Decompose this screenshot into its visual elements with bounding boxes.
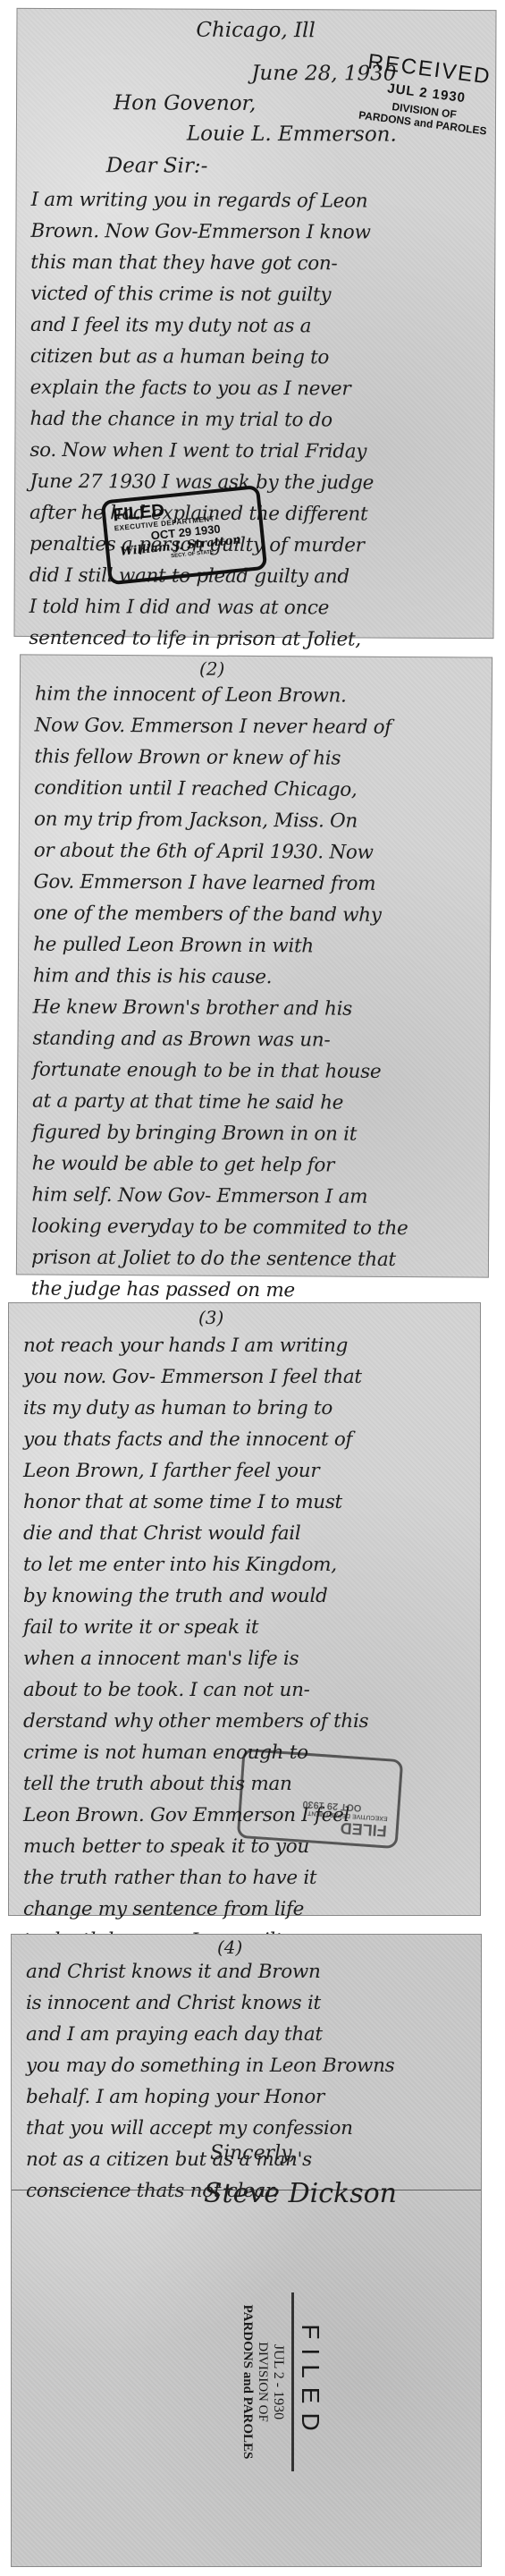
text-line: standing and as Brown was un- — [18, 1022, 489, 1056]
text-line: He knew Brown's brother and his — [19, 991, 490, 1025]
text-line: had the chance in my trial to do — [15, 403, 493, 436]
signature: Steve Dickson — [204, 2178, 397, 2209]
closing: Sincerly, — [210, 2142, 296, 2165]
text-line: change my sentence from life — [9, 1894, 480, 1925]
text-line: Leon Brown, I farther feel your — [9, 1455, 480, 1487]
text-line: fortunate enough to be in that house — [18, 1054, 489, 1088]
filed-executive-stamp: FILED EXECUTIVE DEPARTMENT OCT 29 1930 W… — [101, 485, 268, 585]
text-line: and I feel its my duty not as a — [16, 309, 494, 343]
text-line: sentenced to life in prison at Joliet, — [14, 623, 492, 656]
text-line: when a innocent man's life is — [9, 1643, 480, 1674]
letter-page-2: (2) him the innocent of Leon Brown. Now … — [16, 654, 492, 1277]
text-line: its my duty as human to bring to — [9, 1393, 480, 1424]
page-number-marker: (4) — [217, 1936, 242, 1958]
text-line: I am writing you in regards of Leon — [17, 184, 495, 217]
text-line: die and that Christ would fail — [9, 1518, 480, 1549]
page-3-body: not reach your hands I am writing you no… — [9, 1330, 480, 1956]
text-line: this fellow Brown or knew of his — [20, 741, 491, 775]
text-line: fail to write it or speak it — [9, 1612, 480, 1643]
text-line: you thats facts and the innocent of — [9, 1424, 480, 1455]
text-line: about to be took. I can not un- — [9, 1674, 480, 1706]
text-line: to let me enter into his Kingdom, — [9, 1549, 480, 1580]
letter-page-3: (3) not reach your hands I am writing yo… — [8, 1302, 481, 1916]
text-line: is innocent and Christ knows it — [12, 1987, 481, 2019]
page-number-marker: (3) — [198, 1307, 223, 1328]
filed-division-stamp-division: DIVISION OF — [255, 2292, 270, 2471]
letter-place: Chicago, Ill — [196, 19, 315, 43]
greeting: Dear Sir:- — [106, 154, 208, 177]
text-line: he would be able to get help for — [18, 1148, 489, 1182]
text-line: you may do something in Leon Browns — [12, 2050, 481, 2081]
text-line: this man that they have got con- — [16, 247, 494, 280]
text-line: him and this is his cause. — [19, 960, 490, 994]
recipient-title: Hon Govenor, — [114, 91, 256, 115]
page-2-body: him the innocent of Leon Brown. Now Gov.… — [16, 678, 491, 1338]
recipient-name: Louie L. Emmerson. — [187, 123, 397, 147]
text-line: victed of this crime is not guilty — [16, 278, 494, 311]
text-line: so. Now when I went to trial Friday — [15, 435, 493, 468]
text-line: the truth rather than to have it — [9, 1862, 480, 1894]
letter-page-4: (4) and Christ knows it and Brown is inn… — [11, 1934, 482, 2567]
text-line: I told him I did and was at once — [15, 591, 493, 624]
filed-division-stamp-title: FILED — [291, 2292, 324, 2471]
filed-division-stamp: FILED JUL 2 - 1930 DIVISION OF PARDONS a… — [217, 2292, 324, 2471]
text-line: and I am praying each day that — [12, 2019, 481, 2050]
letter-page-1: Chicago, Ill June 28, 1930 Hon Govenor, … — [13, 8, 496, 639]
text-line: citizen but as a human being to — [16, 341, 494, 374]
text-line: explain the facts to you as I never — [16, 372, 494, 405]
text-line: that you will accept my confession — [12, 2113, 481, 2144]
text-line: Now Gov. Emmerson I never heard of — [21, 709, 492, 743]
text-line: figured by bringing Brown in on it — [18, 1116, 489, 1150]
text-line: condition until I reached Chicago, — [20, 772, 491, 806]
text-line: one of the members of the band why — [19, 897, 490, 931]
text-line: honor that at some time I to must — [9, 1487, 480, 1518]
text-line: Gov. Emmerson I have learned from — [19, 866, 490, 900]
text-line: on my trip from Jackson, Miss. On — [20, 803, 491, 837]
text-line: at a party at that time he said he — [18, 1085, 489, 1119]
text-line: looking everyday to be commited to the — [17, 1210, 488, 1244]
page-4-body: and Christ knows it and Brown is innocen… — [12, 1956, 481, 2207]
page-1-body: I am writing you in regards of Leon Brow… — [14, 184, 494, 687]
filed-division-stamp-office: PARDONS and PAROLES — [240, 2292, 255, 2471]
text-line: by knowing the truth and would — [9, 1580, 480, 1612]
text-line: him self. Now Gov- Emmerson I am — [17, 1179, 488, 1213]
text-line: behalf. I am hoping your Honor — [12, 2081, 481, 2113]
offset-filed-stamp: FILED EXECUTIVE DEPARTMENT OCT 29 1930 — [237, 1749, 404, 1849]
text-line: derstand why other members of this — [9, 1706, 480, 1737]
text-line: prison at Joliet to do the sentence that — [17, 1241, 488, 1275]
filed-division-stamp-date: JUL 2 - 1930 — [270, 2292, 286, 2471]
text-line: or about the 6th of April 1930. Now — [20, 835, 491, 869]
text-line: and Christ knows it and Brown — [12, 1956, 481, 1987]
text-line: not reach your hands I am writing — [9, 1330, 480, 1361]
page-number-marker: (2) — [199, 658, 224, 680]
text-line: him the innocent of Leon Brown. — [21, 678, 492, 712]
text-line: Brown. Now Gov-Emmerson I know — [16, 216, 494, 249]
text-line: he pulled Leon Brown in with — [19, 928, 490, 962]
text-line: you now. Gov- Emmerson I feel that — [9, 1361, 480, 1393]
